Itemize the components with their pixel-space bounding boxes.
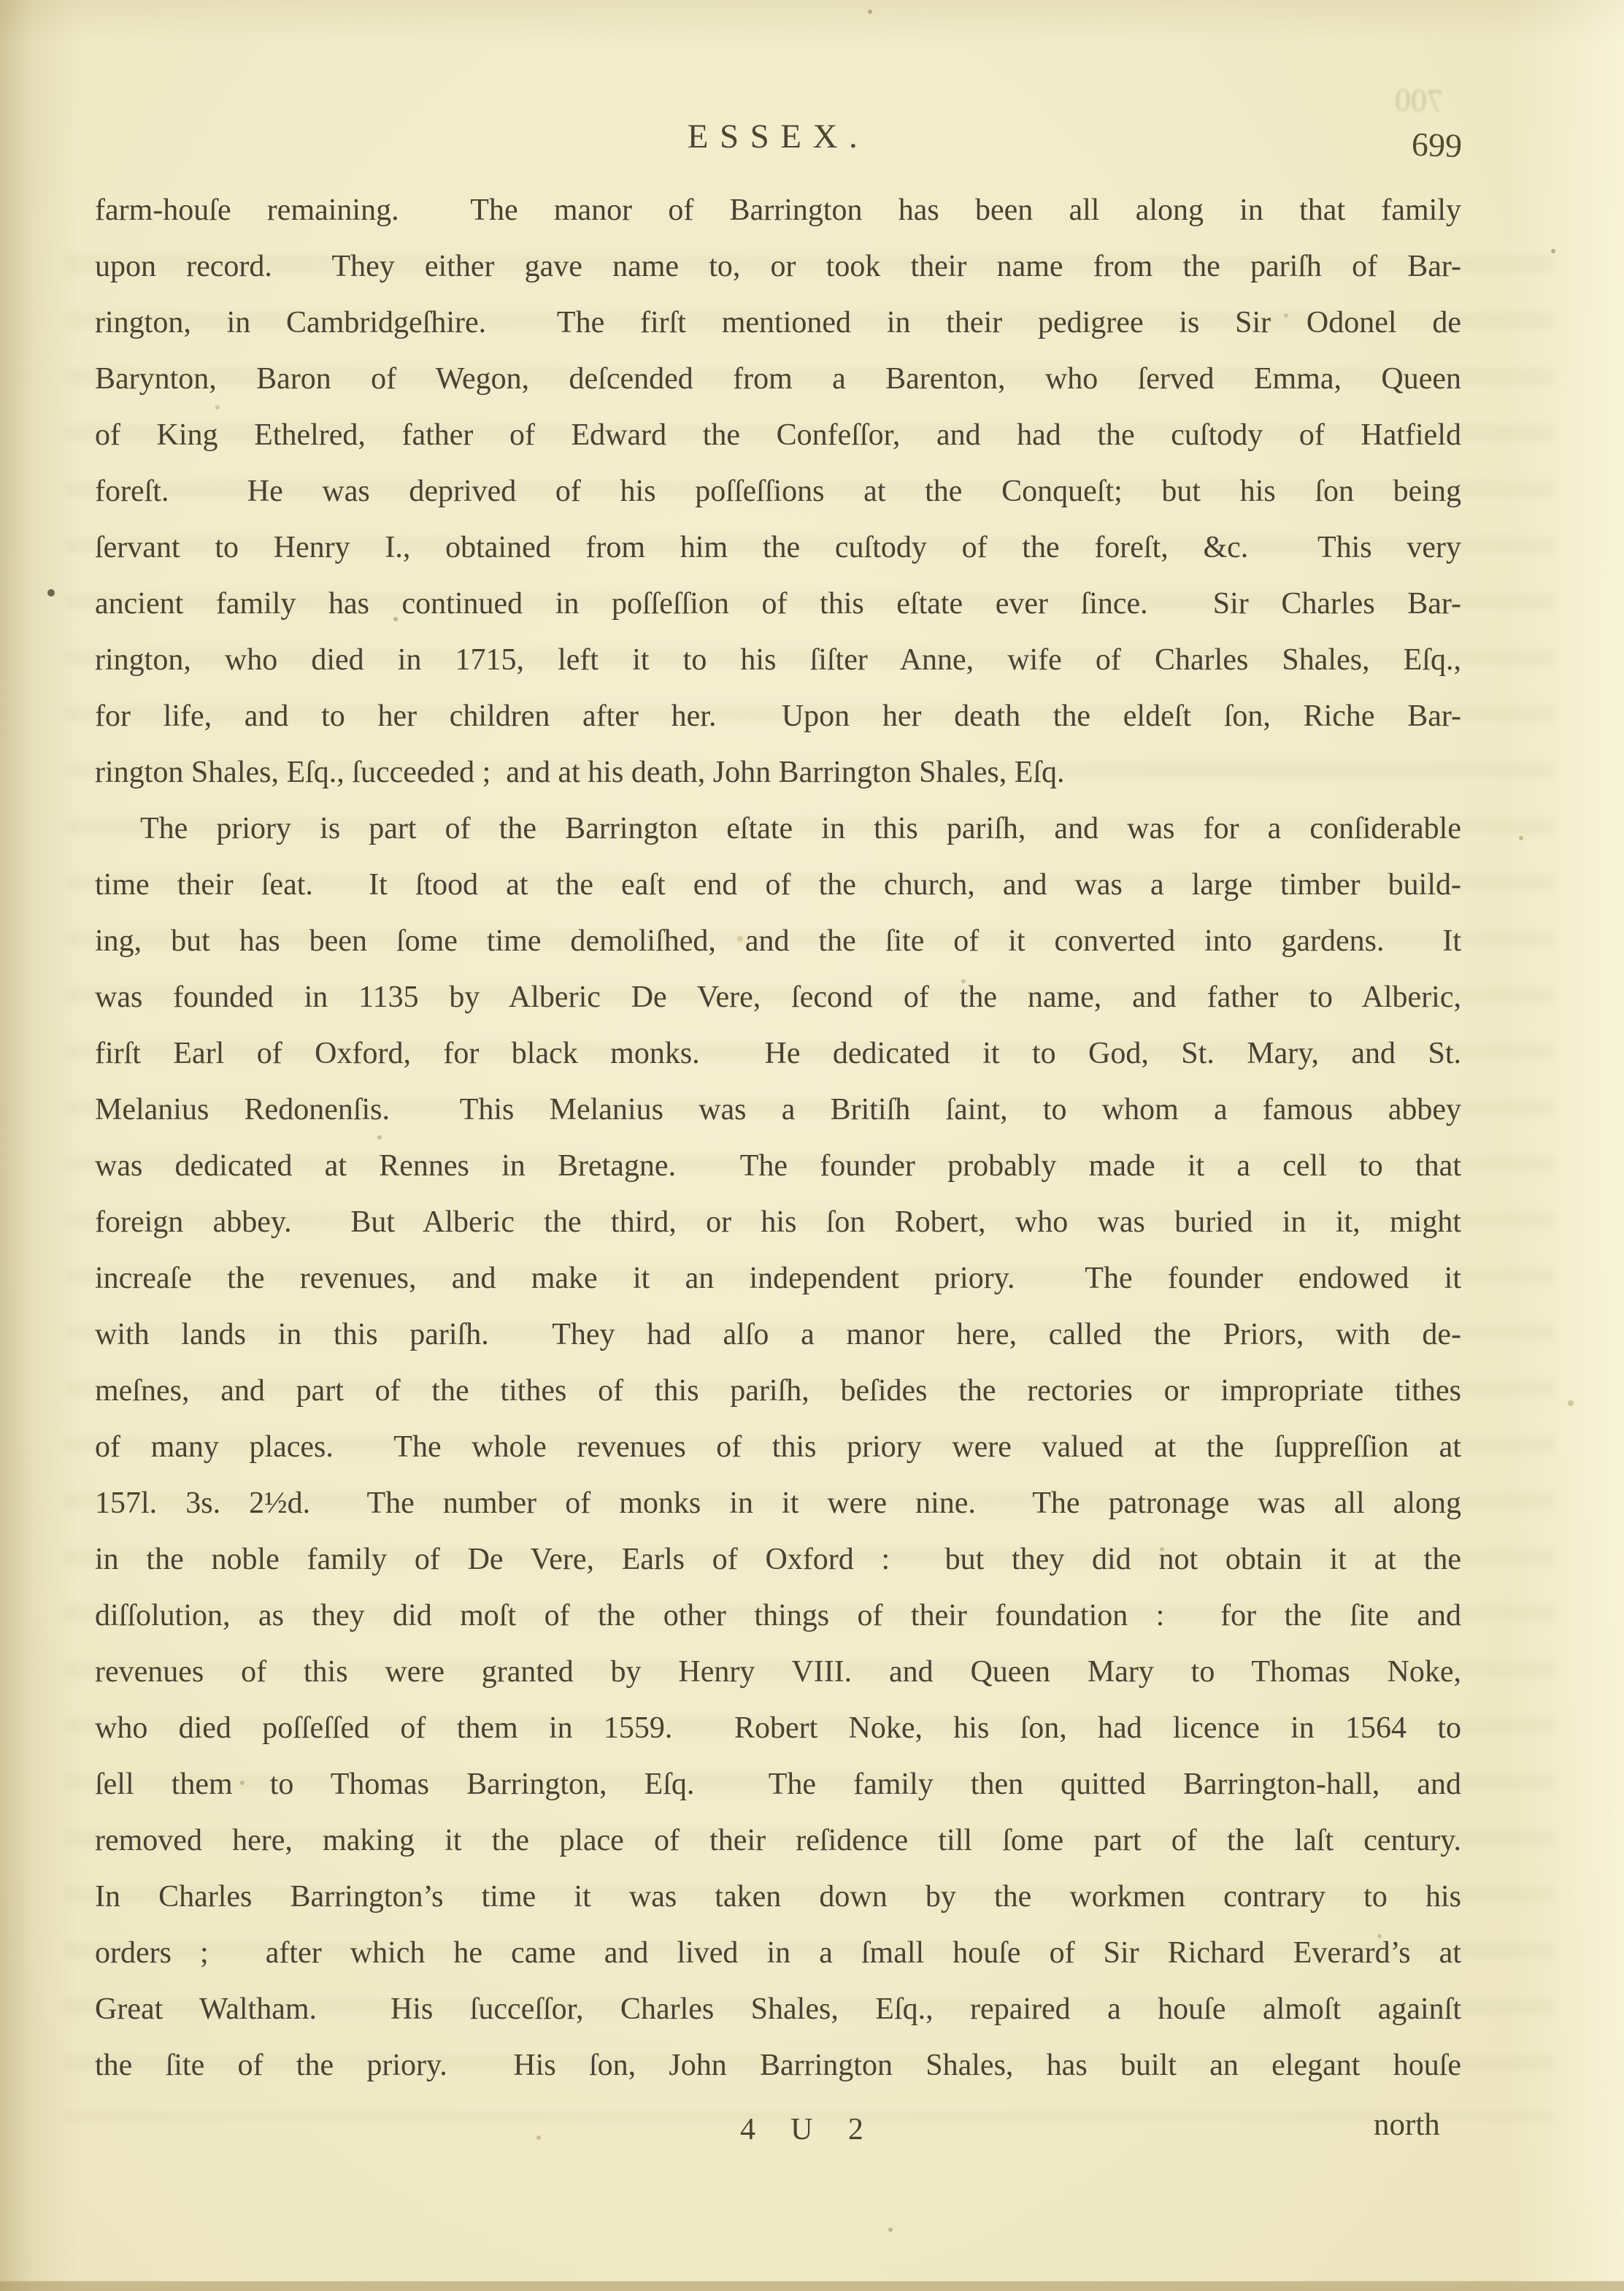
text-line: rington Shales, Eſq., ſucceeded ; and at… [95, 745, 1461, 801]
text-line: was dedicated at Rennes in Bretagne. The… [95, 1138, 1461, 1194]
text-line: who died poſſeſſed of them in 1559. Robe… [95, 1700, 1461, 1757]
text-line: increaſe the revenues, and make it an in… [95, 1251, 1461, 1307]
text-line: ſervant to Henry I., obtained from him t… [95, 520, 1461, 576]
text-line: diſſolution, as they did moſt of the oth… [95, 1588, 1461, 1644]
text-line: meſnes, and part of the tithes of this p… [95, 1363, 1461, 1419]
text-line: ancient family has continued in poſſeſſi… [95, 576, 1461, 632]
text-line: Barynton, Baron of Wegon, deſcended from… [95, 351, 1461, 407]
text-line: revenues of this were granted by Henry V… [95, 1644, 1461, 1700]
text-line: for life, and to her children after her.… [95, 688, 1461, 745]
text-line: 157l. 3s. 2½d. The number of monks in it… [95, 1475, 1461, 1532]
ink-speck [0, 0, 3, 3]
text-line: Melanius Redonenſis. This Melanius was a… [95, 1082, 1461, 1138]
ghost-page-number: 700 [1394, 81, 1444, 120]
text-line: orders ; after which he came and lived i… [95, 1925, 1461, 1981]
text-line: foreſt. He was deprived of his poſſeſſio… [95, 464, 1461, 520]
text-line: time their ſeat. It ſtood at the eaſt en… [95, 857, 1461, 913]
text-line: rington, who died in 1715, left it to hi… [95, 632, 1461, 688]
scanned-book-page: 700 ESSEX. 699 farm-houſe remaining. The… [0, 0, 1624, 2291]
page-number: 699 [1411, 125, 1463, 165]
text-line: Great Waltham. His ſucceſſor, Charles Sh… [95, 1981, 1461, 2038]
text-line: of many places. The whole revenues of th… [95, 1419, 1461, 1475]
text-line: in the noble family of De Vere, Earls of… [95, 1532, 1461, 1588]
text-line: the ſite of the priory. His ſon, John Ba… [95, 2038, 1461, 2094]
text-line: rington, in Cambridgeſhire. The firſt me… [95, 295, 1461, 351]
text-line: ſell them to Thomas Barrington, Eſq. The… [95, 1757, 1461, 1813]
text-line: of King Ethelred, father of Edward the C… [95, 407, 1461, 464]
text-line: removed here, making it the place of the… [95, 1813, 1461, 1869]
catchword: north [1374, 2107, 1440, 2143]
text-line: In Charles Barrington’s time it was take… [95, 1869, 1461, 1925]
text-line: The priory is part of the Barrington eſt… [95, 801, 1461, 857]
text-line: firſt Earl of Oxford, for black monks. H… [95, 1026, 1461, 1082]
text-line: foreign abbey. But Alberic the third, or… [95, 1194, 1461, 1251]
text-line: farm-houſe remaining. The manor of Barri… [95, 183, 1461, 239]
text-line: upon record. They either gave name to, o… [95, 239, 1461, 295]
body-text: farm-houſe remaining. The manor of Barri… [95, 183, 1461, 2094]
text-line: with lands in this pariſh. They had alſo… [95, 1307, 1461, 1363]
text-line: ing, but has been ſome time demoliſhed, … [95, 913, 1461, 970]
running-title: ESSEX. [95, 117, 1461, 156]
signature-mark: 4 U 2 [740, 2112, 877, 2147]
text-line: was founded in 1135 by Alberic De Vere, … [95, 970, 1461, 1026]
